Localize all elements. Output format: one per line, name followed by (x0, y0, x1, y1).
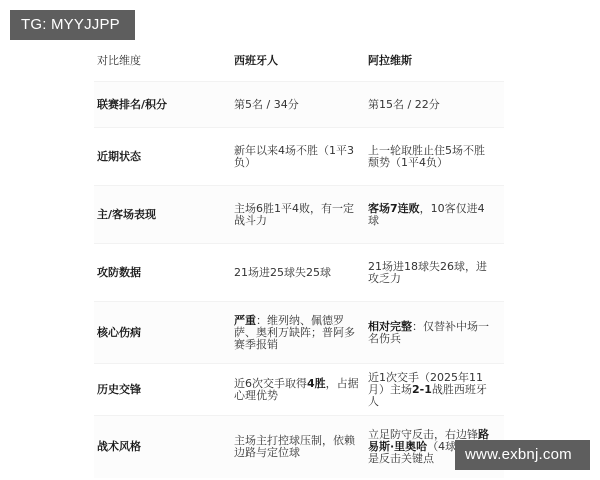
row-alaves-value: 第15名 / 22分 (368, 99, 504, 111)
table-header-row: 对比维度 西班牙人 阿拉维斯 (94, 40, 504, 82)
row-espanyol-value: 第5名 / 34分 (232, 99, 368, 111)
table-row: 主/客场表现 主场6胜1平4败，有一定战斗力 客场7连败，10客仅进4球 (94, 186, 504, 244)
text-segment: 第5名 / 34分 (234, 98, 299, 111)
text-segment: 上一轮取胜止住5场不胜颓势（1平4负） (368, 144, 485, 169)
header-alaves: 阿拉维斯 (368, 55, 504, 67)
row-dimension: 战术风格 (94, 441, 232, 453)
watermark-bottom: www.exbnj.com (455, 440, 590, 470)
row-dimension: 主/客场表现 (94, 209, 232, 221)
row-alaves-value: 客场7连败，10客仅进4球 (368, 203, 504, 227)
row-dimension: 历史交锋 (94, 384, 232, 396)
row-dimension: 攻防数据 (94, 267, 232, 279)
row-dimension: 近期状态 (94, 151, 232, 163)
row-dimension: 核心伤病 (94, 327, 232, 339)
text-segment: 主场主打控球压制，依赖边路与定位球 (234, 434, 355, 459)
row-espanyol-value: 21场进25球失25球 (232, 267, 368, 279)
row-espanyol-value: 主场主打控球压制，依赖边路与定位球 (232, 435, 368, 459)
table-row: 近期状态 新年以来4场不胜（1平3负） 上一轮取胜止住5场不胜颓势（1平4负） (94, 128, 504, 186)
table-row: 攻防数据 21场进25球失25球 21场进18球失26球，进攻乏力 (94, 244, 504, 302)
text-segment: 主场6胜1平4败，有一定战斗力 (234, 202, 354, 227)
row-espanyol-value: 主场6胜1平4败，有一定战斗力 (232, 203, 368, 227)
watermark-top: TG: MYYJJPP (10, 10, 135, 40)
row-espanyol-value: 近6次交手取得4胜，占据心理优势 (232, 378, 368, 402)
emphasized-text: 4胜 (307, 377, 326, 390)
text-segment: 新年以来4场不胜（1平3负） (234, 144, 354, 169)
header-dimension: 对比维度 (94, 55, 232, 67)
row-espanyol-value: 新年以来4场不胜（1平3负） (232, 145, 368, 169)
row-alaves-value: 近1次交手（2025年11月）主场2-1战胜西班牙人 (368, 372, 504, 408)
table-row: 历史交锋 近6次交手取得4胜，占据心理优势 近1次交手（2025年11月）主场2… (94, 364, 504, 416)
row-espanyol-value: 严重：维列纳、佩德罗萨、奥利万缺阵；普阿多赛季报销 (232, 315, 368, 351)
row-dimension: 联赛排名/积分 (94, 99, 232, 111)
header-espanyol: 西班牙人 (232, 55, 368, 67)
text-segment: 21场进18球失26球，进攻乏力 (368, 260, 487, 285)
text-segment: 第15名 / 22分 (368, 98, 440, 111)
row-alaves-value: 相对完整：仅替补中场一名伤兵 (368, 321, 504, 345)
emphasized-text: 2-1 (412, 383, 432, 396)
row-alaves-value: 21场进18球失26球，进攻乏力 (368, 261, 504, 285)
text-segment: 21场进25球失25球 (234, 266, 331, 279)
comparison-table: 对比维度 西班牙人 阿拉维斯 联赛排名/积分 第5名 / 34分 第15名 / … (94, 40, 504, 478)
table-row: 战术风格 主场主打控球压制，依赖边路与定位球 立足防守反击，右边锋路易斯·里奥哈… (94, 416, 504, 478)
table-row: 联赛排名/积分 第5名 / 34分 第15名 / 22分 (94, 82, 504, 128)
table-row: 核心伤病 严重：维列纳、佩德罗萨、奥利万缺阵；普阿多赛季报销 相对完整：仅替补中… (94, 302, 504, 364)
row-alaves-value: 上一轮取胜止住5场不胜颓势（1平4负） (368, 145, 504, 169)
